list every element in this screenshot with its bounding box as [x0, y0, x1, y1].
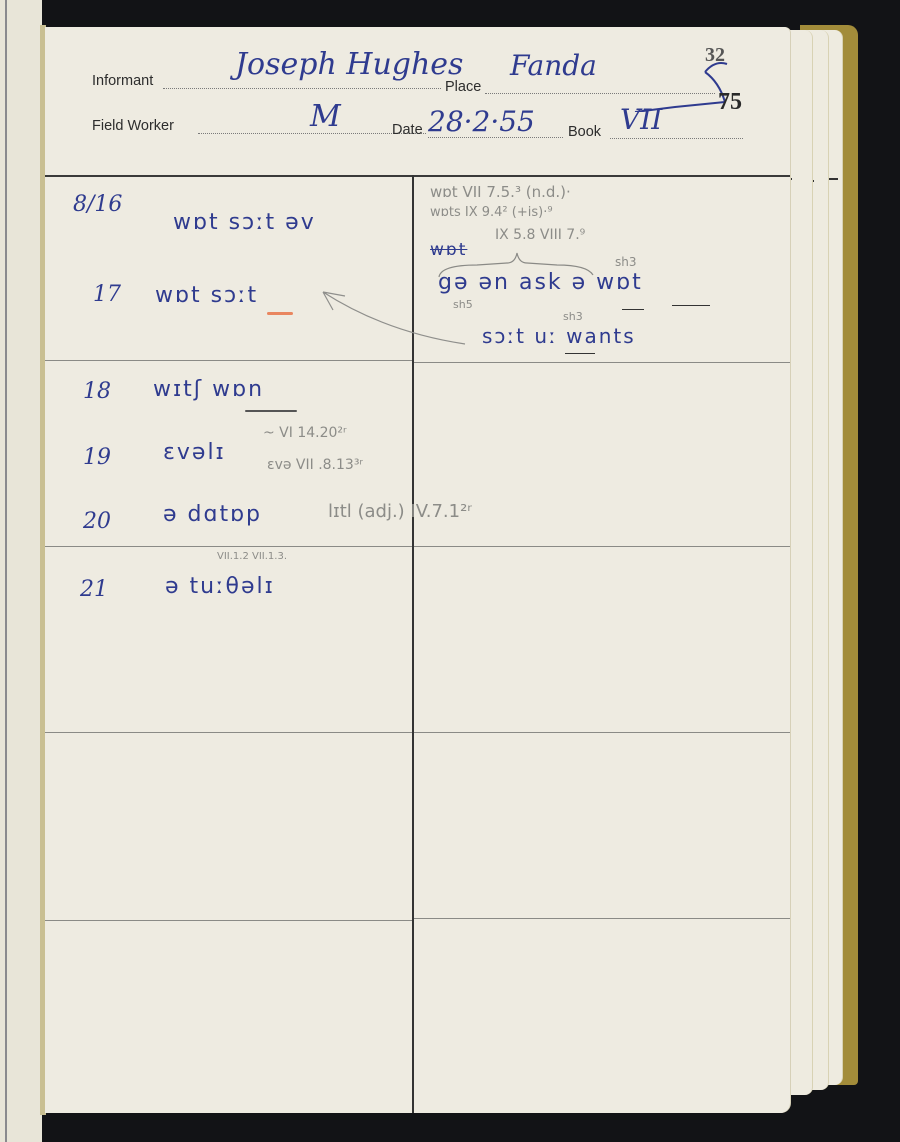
entry-transcription: ə dɑtɒp [163, 502, 262, 527]
place-label: Place [445, 79, 481, 95]
row-divider [45, 360, 412, 361]
row-divider [45, 920, 412, 921]
note-annotation: sh3 [615, 255, 637, 269]
informant-line [163, 88, 441, 89]
book-label: Book [568, 124, 601, 140]
entry-number: 20 [83, 509, 111, 534]
row-divider [414, 546, 790, 547]
underline-mark [245, 410, 297, 412]
entry-number: 17 [93, 282, 121, 307]
row-divider [414, 362, 790, 363]
entry-transcription: wɪtʃ wɒn [153, 377, 264, 402]
header-divider [45, 175, 790, 177]
entry-number: 19 [83, 445, 111, 470]
informant-label: Informant [92, 73, 153, 89]
field-worker-label: Field Worker [92, 118, 174, 134]
date-value: 28·2·55 [428, 105, 535, 138]
correction-stroke-icon [615, 42, 735, 112]
previous-page-edge [0, 0, 42, 1142]
underline-mark [622, 309, 644, 310]
cross-reference: VII.1.2 VII.1.3. [217, 551, 287, 562]
page-number: 75 [718, 89, 742, 116]
place-value: Fanda [510, 49, 597, 82]
entry-number: 21 [80, 577, 108, 602]
entry-transcription: ə tuːθəlɪ [165, 574, 275, 599]
cross-reference: ~ VI 14.20²ʳ [263, 425, 347, 441]
note-annotation: sh3 [563, 310, 583, 323]
row-divider [45, 732, 412, 733]
date-label: Date [392, 122, 423, 138]
page-edge-line [5, 0, 7, 1142]
book-line [610, 138, 743, 139]
note-reference: IX 5.8 VIII 7.⁹ [495, 227, 585, 243]
entry-number: 8/16 [73, 192, 122, 217]
note-reference: wɒts IX 9.4² (+is)·⁹ [430, 205, 553, 220]
cross-reference: ɛvə VII .8.13³ʳ [267, 457, 363, 473]
highlight-mark [267, 312, 293, 315]
entry-transcription: wɒt sɔːt əv [173, 210, 316, 235]
entry-transcription: wɒt sɔːt [155, 283, 258, 308]
field-worker-value: M [310, 99, 341, 134]
row-divider [45, 546, 412, 547]
note-reference: wɒt VII 7.5.³ (n.d.)· [430, 183, 571, 201]
informant-value: Joseph Hughes [235, 47, 463, 82]
row-divider [414, 918, 790, 919]
book-value: VII [620, 103, 662, 136]
note-transcription: sɔːt uː wants [482, 324, 636, 348]
notebook-page: Informant Joseph Hughes Place Fanda 32 7… [45, 27, 790, 1113]
note-transcription: gə ən ask ə wɒt [438, 270, 643, 295]
note-annotation: sh5 [453, 298, 473, 311]
underline-mark [672, 305, 710, 306]
entry-transcription: ɛvəlɪ [163, 440, 226, 465]
page-header: Informant Joseph Hughes Place Fanda 32 7… [45, 27, 790, 175]
row-divider [414, 732, 790, 733]
underline-mark [565, 353, 595, 354]
cross-reference: lɪtl (adj.) IV.7.1²ʳ [328, 501, 472, 522]
entry-number: 18 [83, 379, 111, 404]
